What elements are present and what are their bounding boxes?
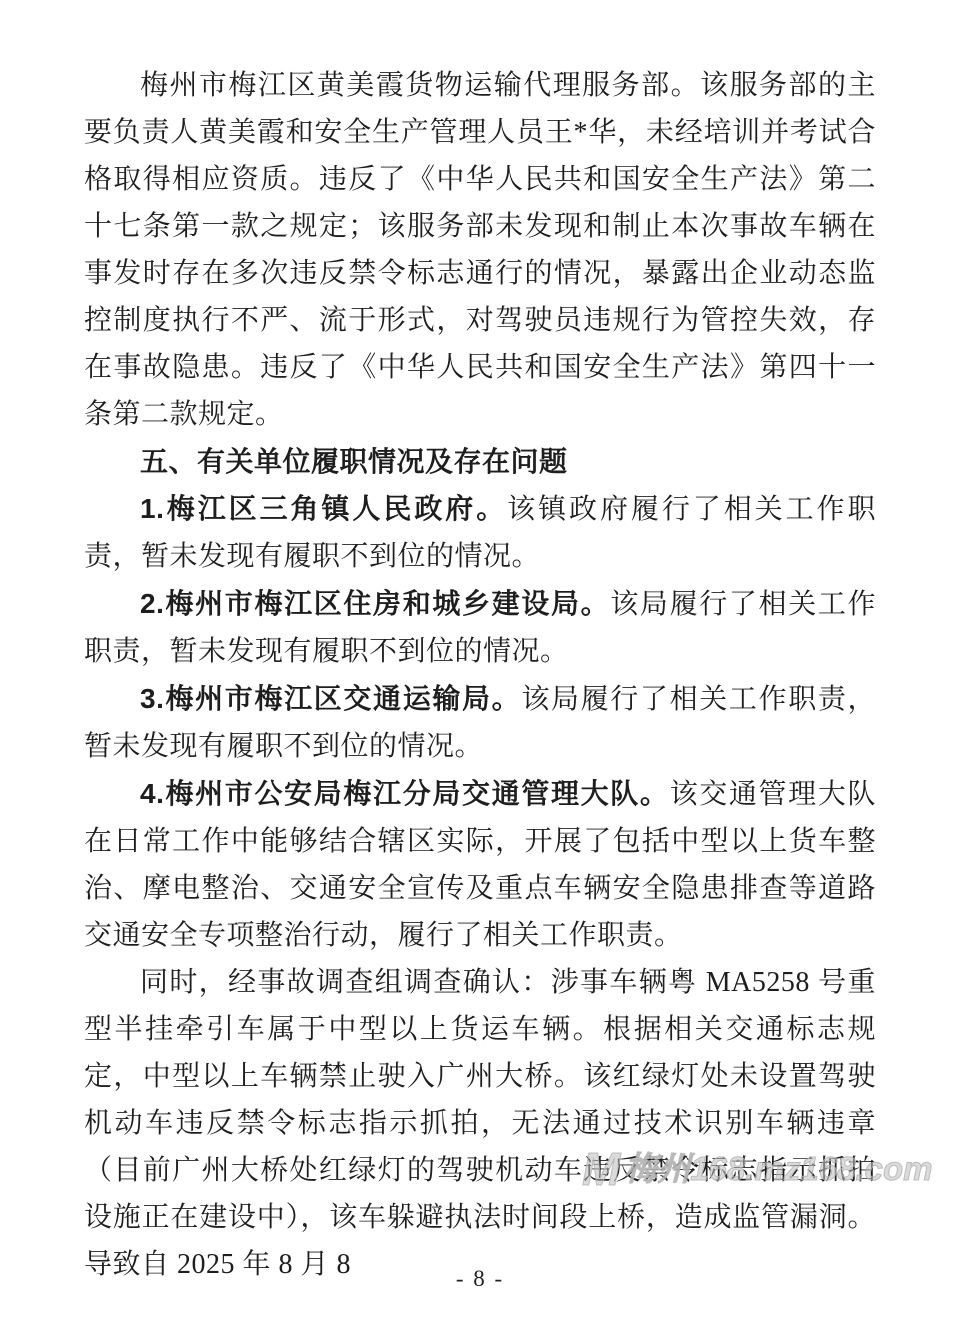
- list-item-4-traffic-police: 4.梅州市公安局梅江分局交通管理大队。该交通管理大队在日常工作中能够结合辖区实际…: [84, 770, 876, 959]
- paragraph-investigation-confirmation: 同时，经事故调查组调查确认：涉事车辆粤 MA5258 号重型半挂牵引车属于中型以…: [84, 959, 876, 1288]
- paragraph-text: 梅州市梅江区黄美霞货物运输代理服务部。该服务部的主要负责人黄美霞和安全生产管理人…: [84, 70, 876, 430]
- paragraph-agency-violation: 梅州市梅江区黄美霞货物运输代理服务部。该服务部的主要负责人黄美霞和安全生产管理人…: [84, 62, 876, 438]
- list-item-lead: 3.梅州市梅江区交通运输局。: [140, 683, 521, 714]
- section-heading-text: 五、有关单位履职情况及存在问题: [140, 446, 568, 477]
- document-page: 梅州市梅江区黄美霞货物运输代理服务部。该服务部的主要负责人黄美霞和安全生产管理人…: [0, 0, 960, 1321]
- paragraph-text: 同时，经事故调查组调查确认：涉事车辆粤 MA5258 号重型半挂牵引车属于中型以…: [84, 967, 876, 1280]
- page-number: - 8 -: [0, 1266, 960, 1292]
- document-body: 梅州市梅江区黄美霞货物运输代理服务部。该服务部的主要负责人黄美霞和安全生产管理人…: [84, 62, 876, 1288]
- list-item-lead: 1.梅江区三角镇人民政府。: [140, 493, 507, 524]
- list-item-lead: 2.梅州市梅江区住房和城乡建设局。: [140, 588, 610, 619]
- list-item-3-transport-bureau: 3.梅州市梅江区交通运输局。该局履行了相关工作职责，暂未发现有履职不到位的情况。: [84, 675, 876, 770]
- list-item-1-town-government: 1.梅江区三角镇人民政府。该镇政府履行了相关工作职责，暂未发现有履职不到位的情况…: [84, 485, 876, 580]
- list-item-lead: 4.梅州市公安局梅江分局交通管理大队。: [140, 778, 670, 809]
- section-heading-5: 五、有关单位履职情况及存在问题: [84, 438, 876, 485]
- list-item-2-housing-bureau: 2.梅州市梅江区住房和城乡建设局。该局履行了相关工作职责，暂未发现有履职不到位的…: [84, 580, 876, 675]
